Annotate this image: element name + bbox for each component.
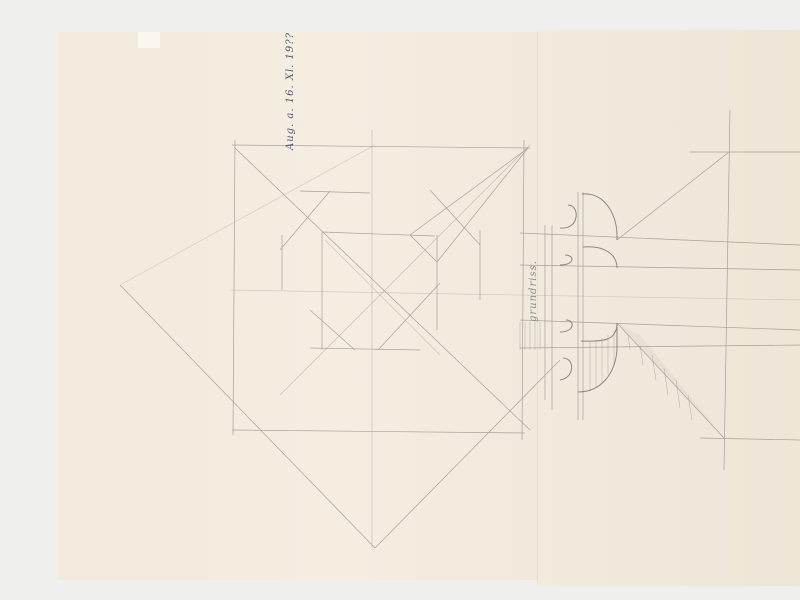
- pencil-construction-drawing: [0, 0, 800, 600]
- handwritten-label-grundriss: grundriss.: [528, 260, 539, 322]
- handwritten-date-note: Aug. a. 16. Xl. 19??: [285, 32, 296, 150]
